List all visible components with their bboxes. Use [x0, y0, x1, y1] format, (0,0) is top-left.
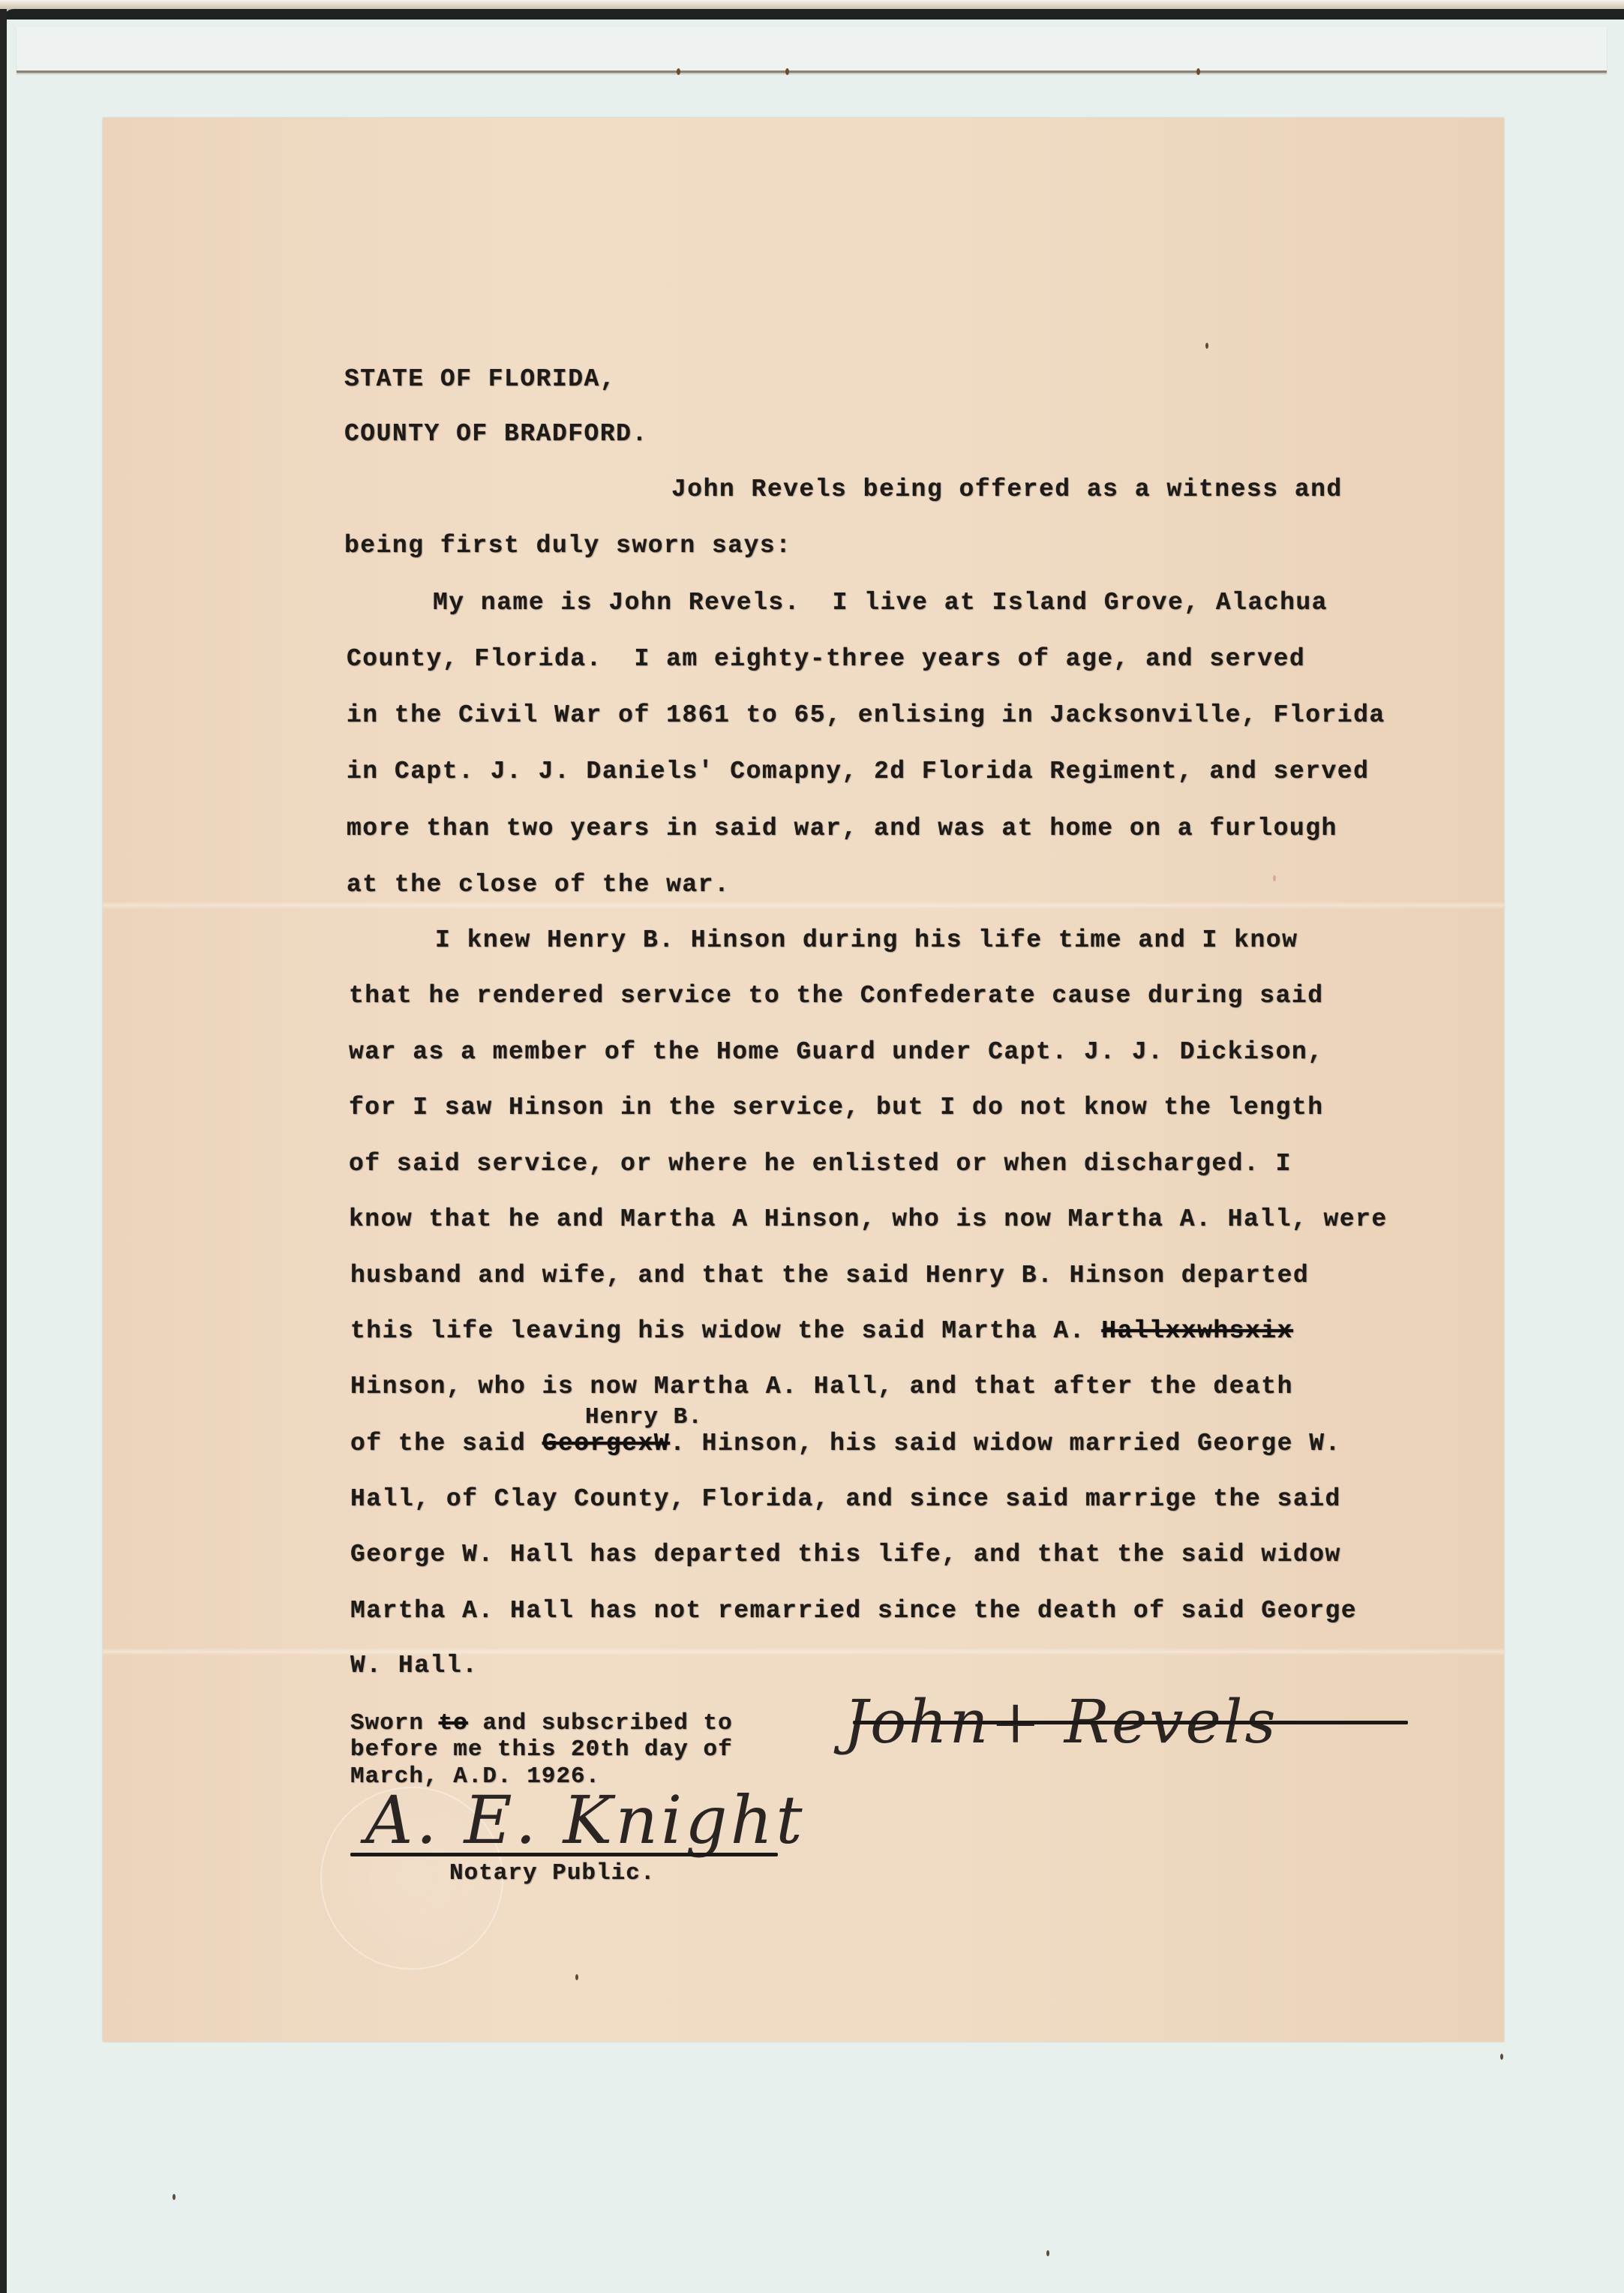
body-line: of said service, or where he enlisted or… — [349, 1150, 1292, 1178]
body-line: for I saw Hinson in the service, but I d… — [349, 1094, 1324, 1121]
affidavit-page: STATE OF FLORIDA, COUNTY OF BRADFORD. Jo… — [103, 118, 1504, 2042]
body-line: I knew Henry B. Hinson during his life t… — [435, 926, 1298, 954]
frame-top-edge — [3, 9, 1624, 20]
body-line: George W. Hall has departed this life, a… — [350, 1541, 1341, 1568]
protective-sleeve-band — [17, 27, 1607, 73]
jurat-line: Sworn to and subscribed to — [350, 1710, 733, 1736]
body-line: husband and wife, and that the said Henr… — [350, 1262, 1309, 1289]
body-line: Hall, of Clay County, Florida, and since… — [350, 1485, 1341, 1513]
notary-signature: A. E. Knight — [365, 1781, 806, 1859]
line-text: and subscribed to — [468, 1710, 733, 1736]
page-fold-line — [103, 1648, 1504, 1655]
body-line: W. Hall. — [350, 1652, 478, 1679]
frame-left-edge — [0, 9, 7, 2293]
heading-state: STATE OF FLORIDA, — [344, 365, 616, 393]
body-line-with-strikeout: this life leaving his widow the said Mar… — [350, 1317, 1293, 1345]
line-text: . Hinson, his said widow married George … — [670, 1430, 1341, 1457]
line-text: of the said — [350, 1430, 542, 1457]
struck-text: GeorgexW — [542, 1430, 670, 1457]
body-line: Hinson, who is now Martha A. Hall, and t… — [350, 1373, 1293, 1400]
body-line: know that he and Martha A Hinson, who is… — [349, 1205, 1388, 1233]
paper-speck — [1205, 343, 1208, 349]
page-fold-line — [103, 902, 1504, 909]
paper-speck — [1273, 875, 1276, 881]
body-line: at the close of the war. — [347, 871, 730, 899]
notary-signature-line — [350, 1853, 778, 1856]
line-text: this life leaving his widow the said Mar… — [350, 1317, 1101, 1345]
body-line: more than two years in said war, and was… — [347, 815, 1337, 842]
mount-speck — [173, 2194, 176, 2200]
body-line-with-correction: of the said GeorgexW. Hinson, his said w… — [350, 1430, 1341, 1457]
witness-signature-line — [853, 1721, 1408, 1724]
body-line: in Capt. J. J. Daniels' Comapny, 2d Flor… — [347, 758, 1369, 785]
preamble-line: being first duly sworn says: — [344, 532, 792, 560]
struck-text: Hallxxwhsxix — [1101, 1317, 1293, 1345]
body-line: in the Civil War of 1861 to 65, enlising… — [347, 701, 1385, 729]
body-line: Martha A. Hall has not remarried since t… — [350, 1597, 1357, 1625]
mount-speck — [1500, 2054, 1503, 2060]
paper-speck — [575, 1974, 578, 1980]
heading-county: COUNTY OF BRADFORD. — [344, 420, 648, 448]
line-text: Sworn — [350, 1710, 439, 1736]
body-line: that he rendered service to the Confeder… — [349, 982, 1324, 1010]
struck-text: to — [439, 1710, 468, 1736]
body-line: war as a member of the Home Guard under … — [349, 1038, 1324, 1066]
mount-speck — [1046, 2250, 1049, 2256]
notary-public-label: Notary Public. — [449, 1860, 655, 1886]
debris-speck — [1196, 68, 1200, 75]
interlineated-correction: Henry B. — [585, 1404, 703, 1430]
jurat-line: before me this 20th day of — [350, 1736, 733, 1763]
preamble-line: John Revels being offered as a witness a… — [671, 476, 1343, 503]
debris-speck — [677, 68, 680, 75]
body-line: My name is John Revels. I live at Island… — [433, 589, 1328, 617]
debris-speck — [785, 68, 789, 75]
body-line: County, Florida. I am eighty-three years… — [347, 645, 1305, 673]
